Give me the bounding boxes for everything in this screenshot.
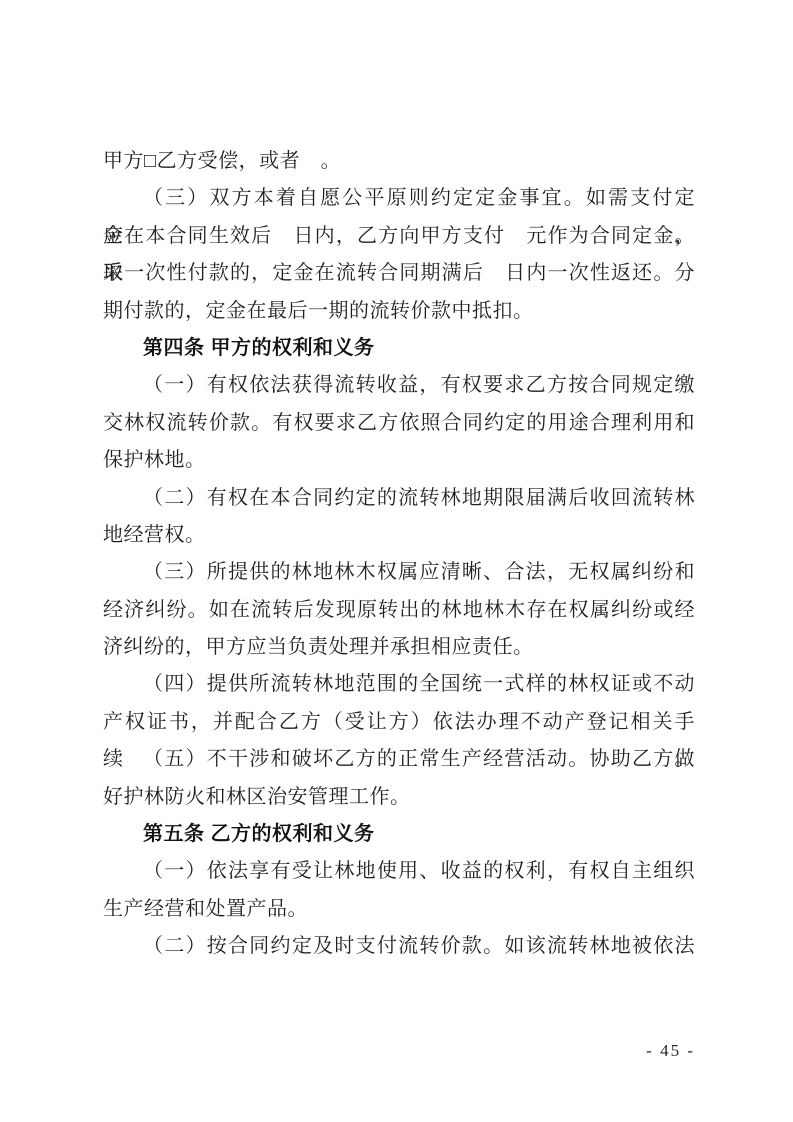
- text-line: 应在本合同生效后 日内，乙方向甲方支付 元作为合同定金。采: [103, 218, 695, 255]
- text-line: 期付款的，定金在最后一期的流转价款中抵扣。: [103, 293, 695, 330]
- text-line: 交林权流转价款。有权要求乙方依照合同约定的用途合理利用和: [103, 405, 695, 442]
- paragraph: （四）提供所流转林地范围的全国统一式样的林权证或不动产权证书，并配合乙方（受让方…: [103, 666, 695, 741]
- paragraph: （二）按合同约定及时支付流转价款。如该流转林地被依法: [103, 928, 695, 965]
- paragraph: （一）依法享有受让林地使用、收益的权利，有权自主组织生产经营和处置产品。: [103, 853, 695, 928]
- paragraph: 甲方□乙方受偿，或者 。: [103, 143, 695, 180]
- text-line: （一）有权依法获得流转收益，有权要求乙方按合同规定缴: [103, 367, 695, 404]
- text-line: （四）提供所流转林地范围的全国统一式样的林权证或不动: [103, 666, 695, 703]
- paragraph: （二）有权在本合同约定的流转林地期限届满后收回流转林地经营权。: [103, 480, 695, 555]
- text-line: 济纠纷的，甲方应当负责处理并承担相应责任。: [103, 629, 695, 666]
- text-line: 生产经营和处置产品。: [103, 891, 695, 928]
- section-heading: 第五条 乙方的权利和义务: [103, 816, 695, 853]
- section-heading: 第四条 甲方的权利和义务: [103, 330, 695, 367]
- text-line: （二）按合同约定及时支付流转价款。如该流转林地被依法: [103, 928, 695, 965]
- text-line: 产权证书，并配合乙方（受让方）依法办理不动产登记相关手续。: [103, 704, 695, 741]
- document-page: 甲方□乙方受偿，或者 。（三）双方本着自愿公平原则约定定金事宜。如需支付定金，应…: [0, 0, 793, 1122]
- heading-line: 第四条 甲方的权利和义务: [103, 330, 695, 367]
- paragraph: （一）有权依法获得流转收益，有权要求乙方按合同规定缴交林权流转价款。有权要求乙方…: [103, 367, 695, 479]
- heading-line: 第五条 乙方的权利和义务: [103, 816, 695, 853]
- text-line: （二）有权在本合同约定的流转林地期限届满后收回流转林: [103, 480, 695, 517]
- text-line: 好护林防火和林区治安管理工作。: [103, 779, 695, 816]
- paragraph: （五）不干涉和破坏乙方的正常生产经营活动。协助乙方做好护林防火和林区治安管理工作…: [103, 741, 695, 816]
- paragraph: （三）双方本着自愿公平原则约定定金事宜。如需支付定金，应在本合同生效后 日内，乙…: [103, 180, 695, 330]
- paragraph: （三）所提供的林地林木权属应清晰、合法，无权属纠纷和经济纠纷。如在流转后发现原转…: [103, 554, 695, 666]
- page-number: - 45 -: [646, 1041, 695, 1061]
- text-line: 经济纠纷。如在流转后发现原转出的林地林木存在权属纠纷或经: [103, 592, 695, 629]
- text-line: 保护林地。: [103, 442, 695, 479]
- text-line: （五）不干涉和破坏乙方的正常生产经营活动。协助乙方做: [103, 741, 695, 778]
- text-line: （三）双方本着自愿公平原则约定定金事宜。如需支付定金，: [103, 180, 695, 217]
- document-body: 甲方□乙方受偿，或者 。（三）双方本着自愿公平原则约定定金事宜。如需支付定金，应…: [103, 143, 695, 966]
- text-line: 甲方□乙方受偿，或者 。: [103, 143, 695, 180]
- text-line: 取一次性付款的，定金在流转合同期满后 日内一次性返还。分: [103, 255, 695, 292]
- text-line: （一）依法享有受让林地使用、收益的权利，有权自主组织: [103, 853, 695, 890]
- text-line: 地经营权。: [103, 517, 695, 554]
- text-line: （三）所提供的林地林木权属应清晰、合法，无权属纠纷和: [103, 554, 695, 591]
